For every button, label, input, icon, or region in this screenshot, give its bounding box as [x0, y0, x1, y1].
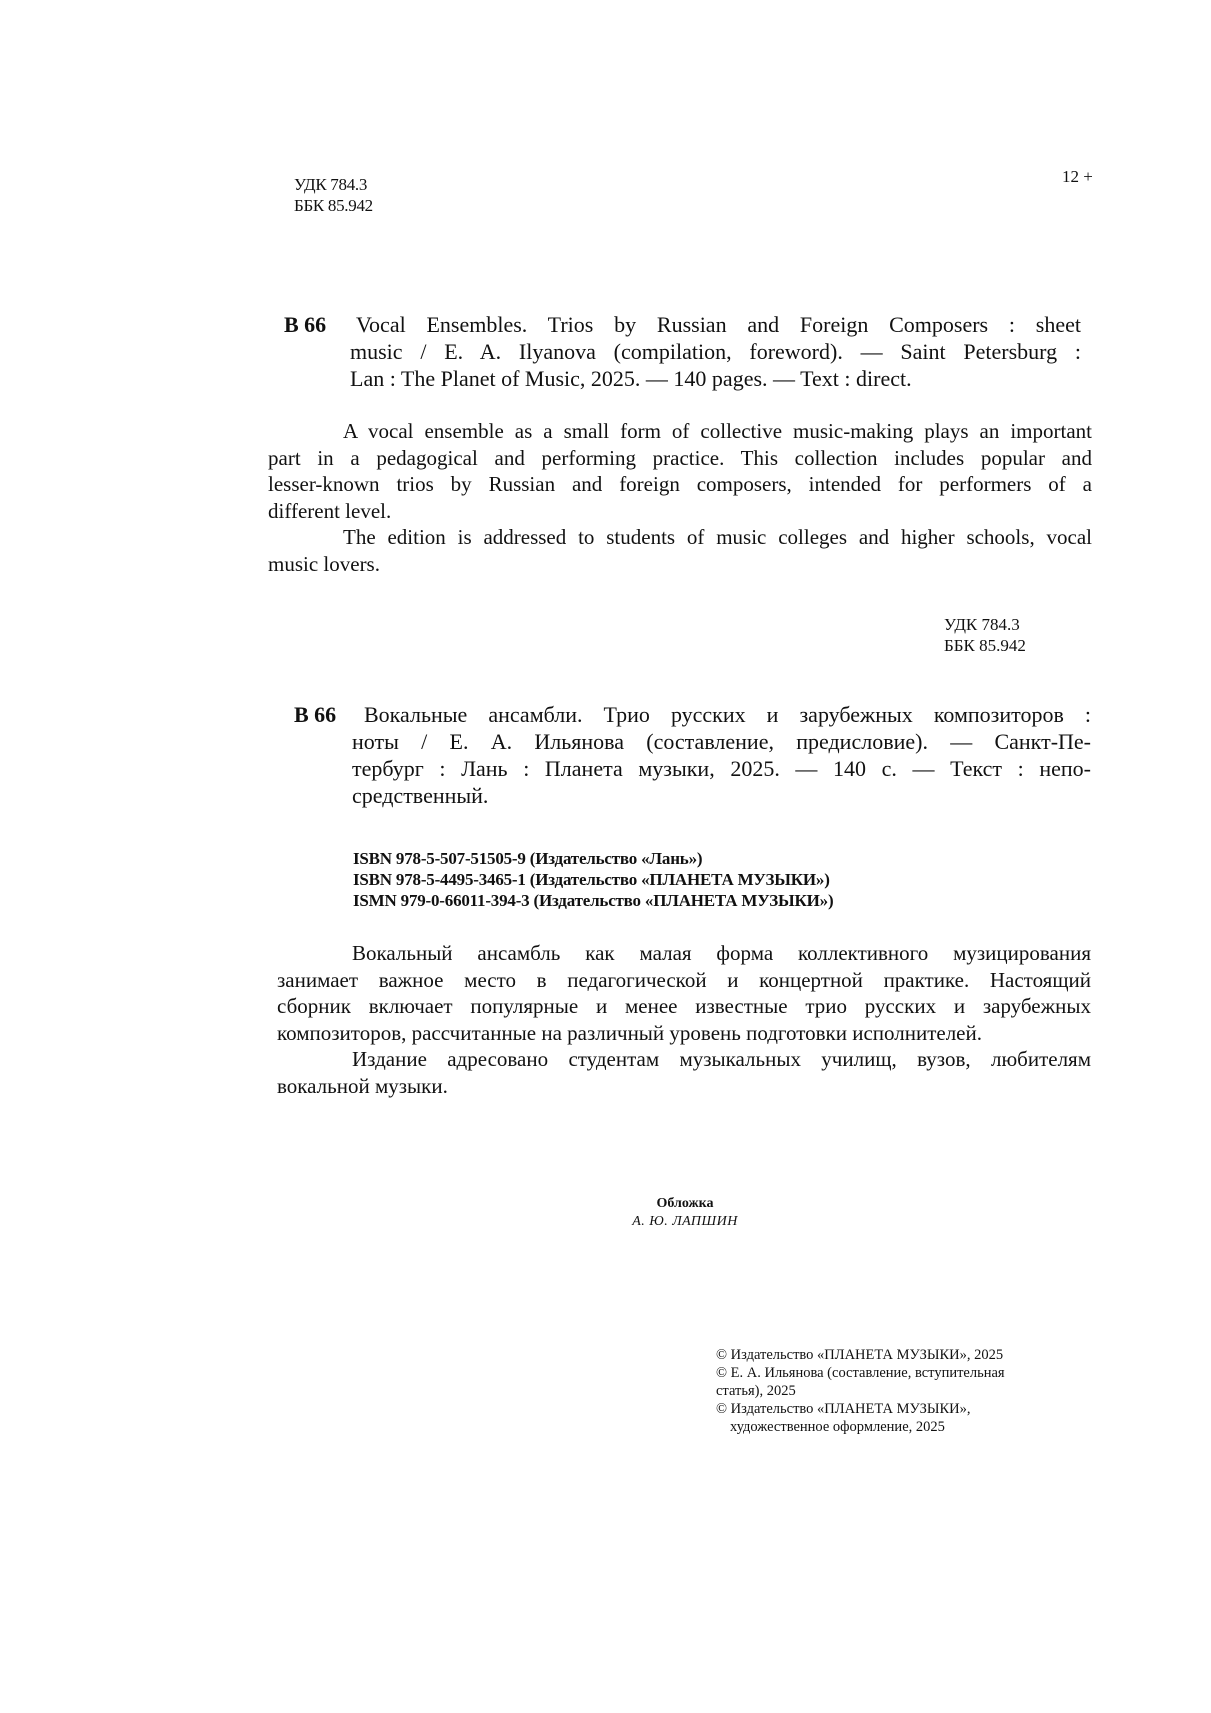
- record-line: Vocal Ensembles. Trios by Russian and Fo…: [356, 311, 1081, 338]
- udk-code: УДК 784.3: [944, 614, 1026, 635]
- cover-designer-name: А. Ю. ЛАПШИН: [560, 1213, 810, 1231]
- bbk-code: ББК 85.942: [944, 635, 1026, 656]
- ismn-planeta: ISMN 979-0-66011-394-3 (Издательство «ПЛ…: [353, 890, 833, 911]
- copyright-line: © Издательство «ПЛАНЕТА МУЗЫКИ», 2025: [716, 1346, 1005, 1364]
- isbn-list: ISBN 978-5-507-51505-9 (Издательство «Ла…: [353, 848, 833, 911]
- cover-credit: Обложка А. Ю. ЛАПШИН: [560, 1195, 810, 1231]
- abstract-ru: Вокальный ансамбль как малая форма колле…: [277, 940, 1091, 1099]
- abstract-line: lesser-known trios by Russian and foreig…: [268, 471, 1092, 498]
- abstract-line: different level.: [268, 498, 1092, 525]
- abstract-line: The edition is addressed to students of …: [268, 524, 1092, 551]
- isbn-lan: ISBN 978-5-507-51505-9 (Издательство «Ла…: [353, 848, 833, 869]
- classification-codes-mid: УДК 784.3 ББК 85.942: [944, 614, 1026, 656]
- copyright-line: художественное оформление, 2025: [716, 1418, 1005, 1436]
- age-rating: 12 +: [1062, 166, 1093, 187]
- abstract-en: A vocal ensemble as a small form of coll…: [268, 418, 1092, 577]
- abstract-line: A vocal ensemble as a small form of coll…: [268, 418, 1092, 445]
- copyright-line: © Издательство «ПЛАНЕТА МУЗЫКИ»,: [716, 1400, 1005, 1418]
- classification-codes-top: УДК 784.3 ББК 85.942: [294, 174, 373, 216]
- record-line: Lan : The Planet of Music, 2025. — 140 p…: [350, 365, 1081, 392]
- abstract-line: сборник включает популярные и менее изве…: [277, 993, 1091, 1020]
- cover-credit-label: Обложка: [560, 1195, 810, 1213]
- abstract-line: Вокальный ансамбль как малая форма колле…: [277, 940, 1091, 967]
- author-sign-code: В 66: [284, 311, 326, 338]
- record-line: music / E. A. Ilyanova (compilation, for…: [350, 338, 1081, 365]
- bibliographic-record-ru: В 66 Вокальные ансамбли. Трио русских и …: [294, 701, 1091, 809]
- abstract-line: part in a pedagogical and performing pra…: [268, 445, 1092, 472]
- bbk-code: ББК 85.942: [294, 195, 373, 216]
- record-line: средственный.: [352, 782, 1091, 809]
- abstract-line: music lovers.: [268, 551, 1092, 578]
- copyright-line: статья), 2025: [716, 1382, 1005, 1400]
- abstract-line: композиторов, рассчитанные на различный …: [277, 1020, 1091, 1047]
- abstract-line: Издание адресовано студентам музыкальных…: [277, 1046, 1091, 1073]
- udk-code: УДК 784.3: [294, 174, 373, 195]
- author-sign-code: В 66: [294, 701, 336, 728]
- abstract-line: занимает важное место в педагогической и…: [277, 967, 1091, 994]
- isbn-planeta: ISBN 978-5-4495-3465-1 (Издательство «ПЛ…: [353, 869, 833, 890]
- record-line: Вокальные ансамбли. Трио русских и заруб…: [364, 701, 1091, 728]
- record-line: ноты / Е. А. Ильянова (составление, пред…: [352, 728, 1091, 755]
- bibliographic-record-en: В 66 Vocal Ensembles. Trios by Russian a…: [284, 311, 1081, 392]
- copyright-block: © Издательство «ПЛАНЕТА МУЗЫКИ», 2025 © …: [716, 1346, 1005, 1436]
- copyright-line: © Е. А. Ильянова (составление, вступител…: [716, 1364, 1005, 1382]
- abstract-line: вокальной музыки.: [277, 1073, 1091, 1100]
- record-line: тербург : Лань : Планета музыки, 2025. —…: [352, 755, 1091, 782]
